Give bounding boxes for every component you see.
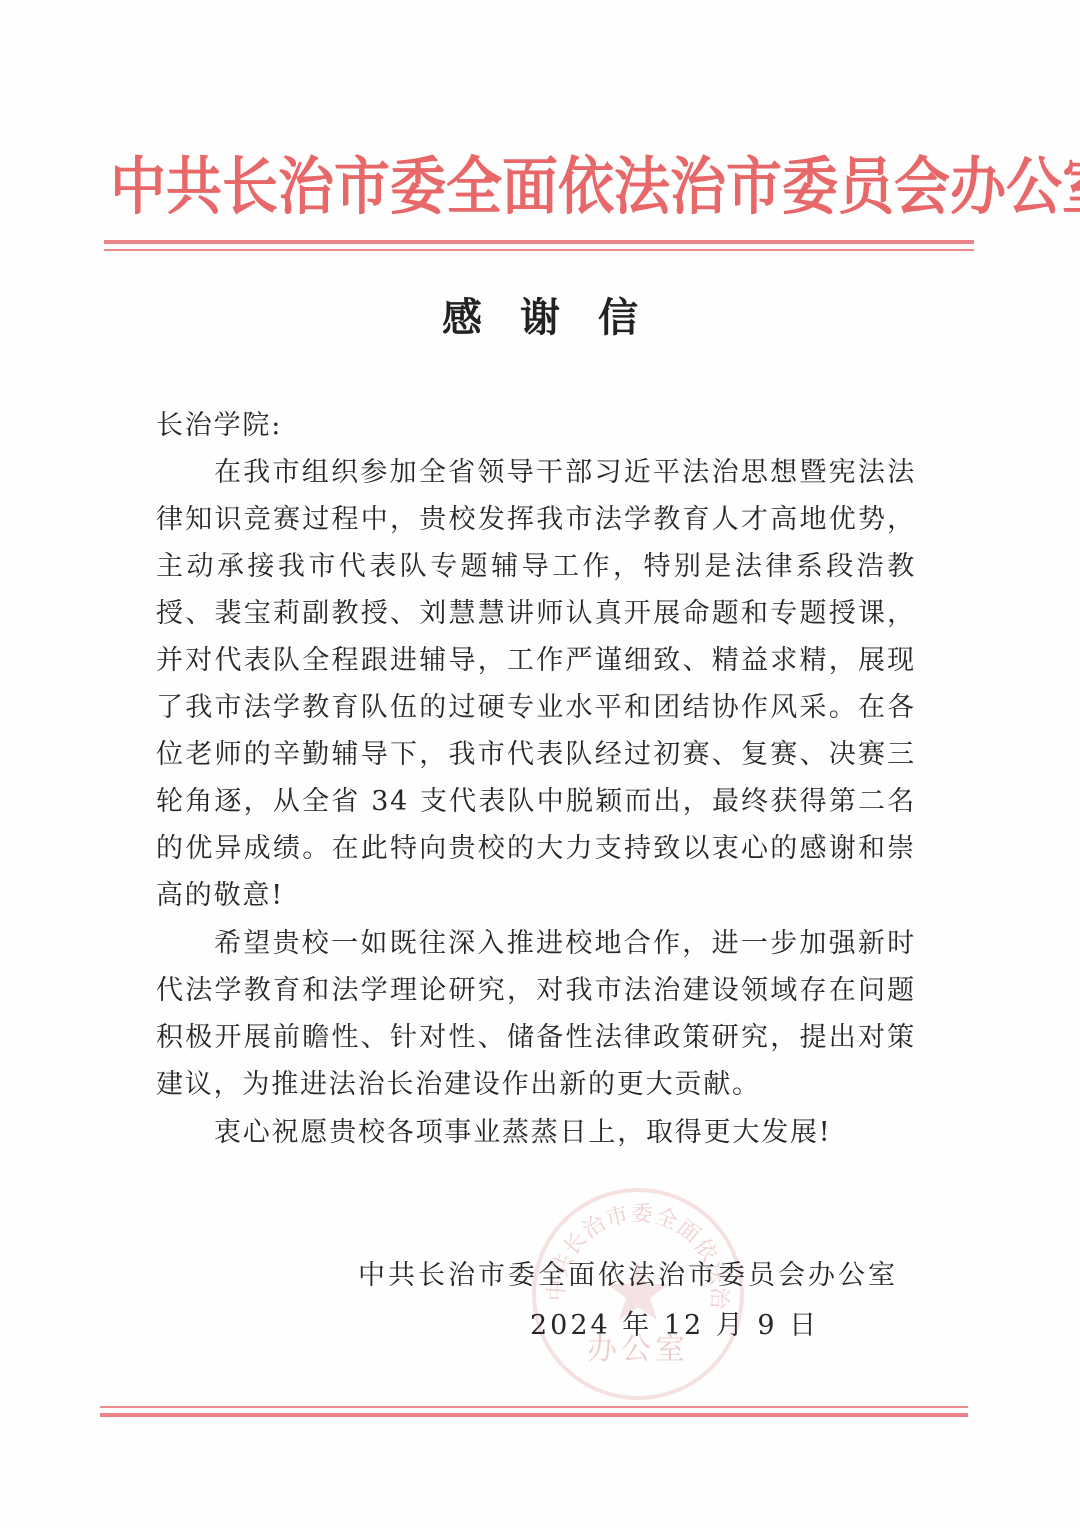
signature-date: 2024 年 12 月 9 日 bbox=[530, 1306, 819, 1346]
signature-org: 中共长治市委全面依法治市委员会办公室 bbox=[358, 1256, 898, 1296]
letterhead-rule-thick bbox=[104, 240, 974, 244]
letter-page: 中共长治市委全面依法治市委员会办公室 感谢信 长治学院: 在我市组织参加全省领导… bbox=[0, 0, 1080, 1528]
letterhead-org-name: 中共长治市委全面依法治市委员会办公室 bbox=[110, 142, 970, 232]
letter-title: 感谢信 bbox=[0, 290, 1080, 346]
body-paragraph-2: 希望贵校一如既往深入推进校地合作，进一步加强新时代法学教育和法学理论研究，对我市… bbox=[156, 920, 916, 1108]
footer-rule-thin bbox=[100, 1406, 968, 1408]
footer-rule-thick bbox=[100, 1413, 968, 1417]
salutation: 长治学院: bbox=[156, 402, 916, 449]
letterhead-rule-thin bbox=[104, 249, 974, 251]
body-paragraph-3: 衷心祝愿贵校各项事业蒸蒸日上，取得更大发展! bbox=[156, 1109, 916, 1156]
body-paragraph-1: 在我市组织参加全省领导干部习近平法治思想暨宪法法律知识竞赛过程中，贵校发挥我市法… bbox=[156, 449, 916, 919]
